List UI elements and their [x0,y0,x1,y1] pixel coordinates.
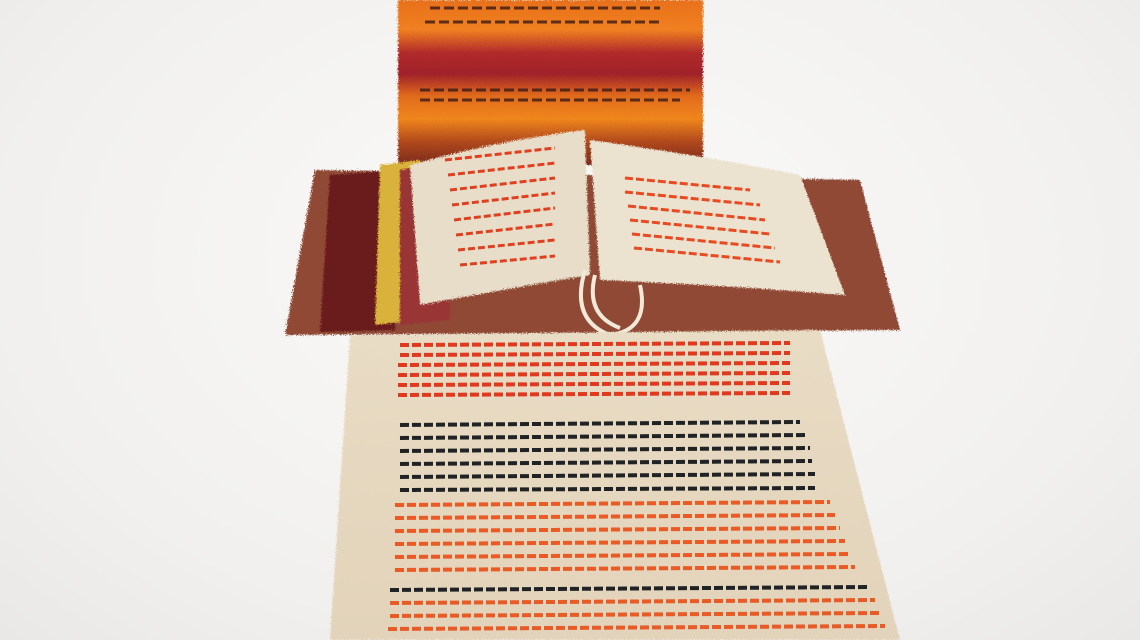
book-right-page [590,140,845,295]
artwork-photo [0,0,1140,640]
